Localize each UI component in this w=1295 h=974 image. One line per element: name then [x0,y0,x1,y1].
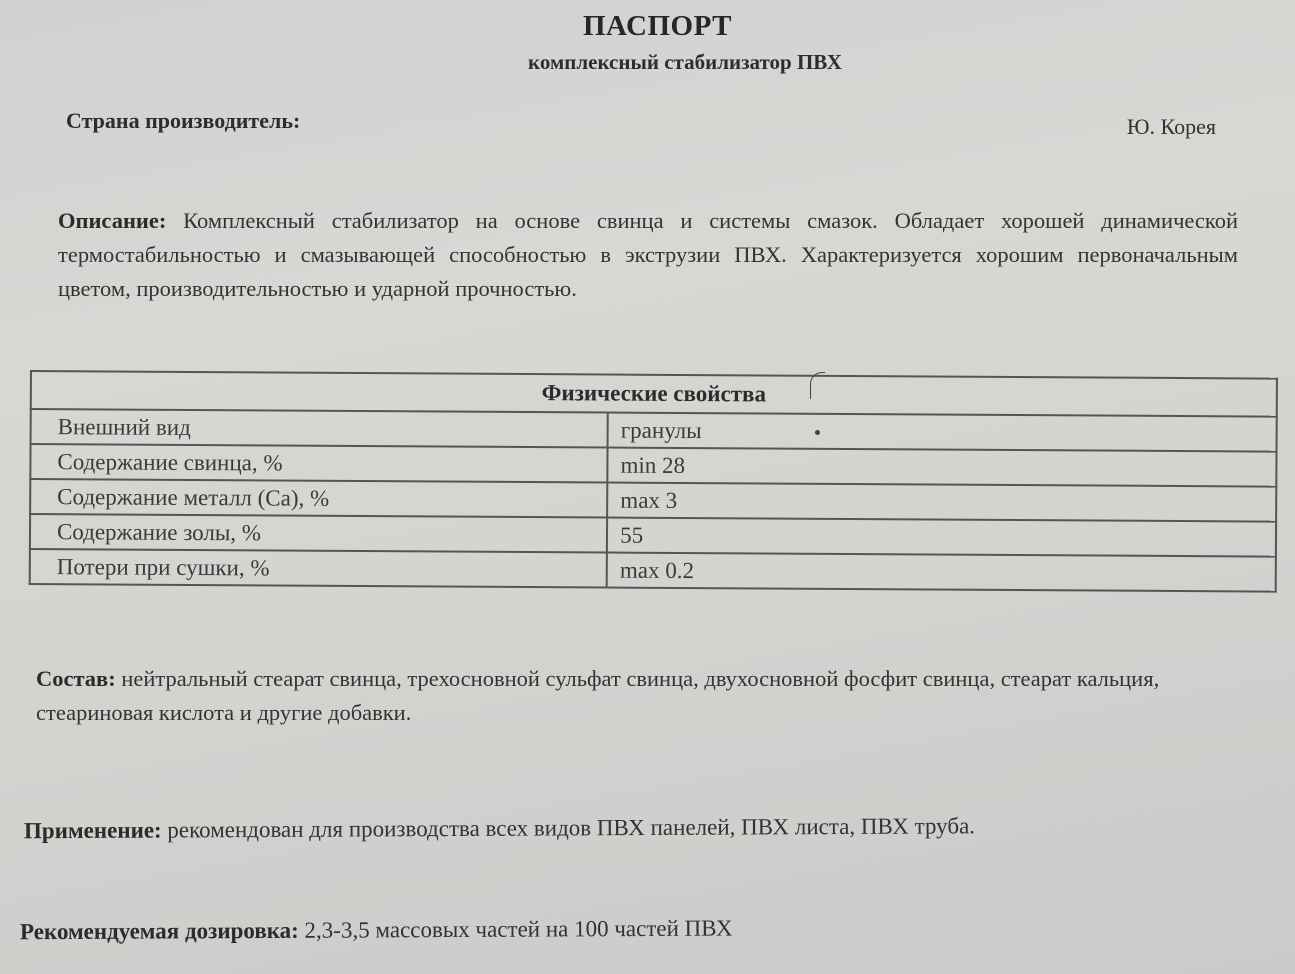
property-name: Содержание золы, % [30,514,607,553]
composition-text: нейтральный стеарат свинца, трехосновной… [36,666,1159,725]
document-title: ПАСПОРТ [0,10,1295,43]
property-name: Содержание свинца, % [30,444,607,483]
property-name: Содержание металл (Са), % [30,479,607,518]
property-name: Внешний вид [31,409,608,448]
table-row: Потери при сушки, % max 0.2 [30,549,1276,592]
description-text: Комплексный стабилизатор на основе свинц… [58,208,1238,301]
dosage-section: Рекомендуемая дозировка: 2,3-3,5 массовы… [20,913,1260,945]
application-section: Применение: рекомендован для производств… [24,805,1264,851]
pen-dot-icon [815,430,820,435]
pen-mark-icon [810,372,825,399]
property-value: max 0.2 [607,553,1276,592]
composition-label: Состав: [36,666,116,691]
application-label: Применение: [24,818,162,844]
property-value: min 28 [607,448,1276,487]
document-subtitle: комплексный стабилизатор ПВХ [0,50,1295,75]
dosage-label: Рекомендуемая дозировка: [20,918,299,944]
application-text: рекомендован для производства всех видов… [162,813,975,842]
country-value: Ю. Корея [1127,114,1216,140]
dosage-text: 2,3-3,5 массовых частей на 100 частей ПВ… [299,916,733,943]
composition-section: Состав: нейтральный стеарат свинца, трех… [36,662,1236,730]
property-value: 55 [607,518,1276,557]
property-name: Потери при сушки, % [30,549,607,588]
country-of-origin: Страна производитель: Ю. Корея [66,108,1216,134]
description-label: Описание: [58,208,166,233]
property-value: max 3 [607,483,1276,522]
country-label: Страна производитель: [66,108,300,133]
document-page: ПАСПОРТ комплексный стабилизатор ПВХ Стр… [0,0,1295,974]
physical-properties-table: Физические свойства Внешний вид гранулы … [29,370,1278,593]
description-section: Описание: Комплексный стабилизатор на ос… [58,204,1238,306]
property-value: гранулы [608,413,1277,452]
